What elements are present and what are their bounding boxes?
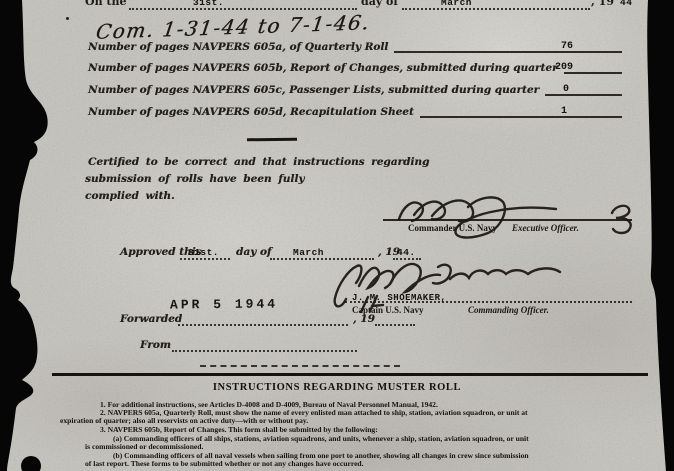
shoemaker-name-label: J. M. SHOEMAKER, <box>352 293 446 303</box>
approved-day-value: 31st. <box>188 247 219 258</box>
page-count-value: 209 <box>555 62 573 73</box>
page-count-label: Number of pages NAVPERS 605d, Recapitula… <box>88 106 420 118</box>
leader-line <box>420 102 622 118</box>
date-stamp: APR 5 1944 <box>170 297 278 313</box>
from-label: From <box>140 339 171 351</box>
leader-line <box>129 8 357 10</box>
page-count-label: Number of pages NAVPERS 605c, Passenger … <box>88 84 545 96</box>
forwarded-year-prefix-label: , 19 <box>353 313 375 325</box>
commander-rank-label: Commander U.S. Navy <box>408 223 497 233</box>
signature-line <box>383 219 632 221</box>
leader-line <box>394 37 622 53</box>
instruction-line: is commissioned or decommissioned. <box>85 442 203 451</box>
day-value: 31st. <box>193 0 224 8</box>
leader-line <box>180 258 230 260</box>
page-count-row: Number of pages NAVPERS 605d, Recapitula… <box>88 104 622 118</box>
year-value: 44 <box>620 0 632 8</box>
dashed-divider <box>200 365 400 367</box>
leader-line <box>545 80 622 96</box>
commanding-officer-title-label: Commanding Officer. <box>468 305 549 315</box>
scanned-muster-roll-document: On the 31st. day of March , 19 44 Com. 1… <box>0 0 674 471</box>
leader-line <box>393 258 421 260</box>
approved-month-value: March <box>293 247 324 258</box>
page-count-value: 1 <box>561 106 567 117</box>
leader-line <box>172 350 357 352</box>
instruction-line: 3. NAVPERS 605b, Report of Changes. This… <box>100 425 378 434</box>
page-count-value: 0 <box>563 84 569 95</box>
forwarded-label: Forwarded <box>120 313 182 325</box>
page-count-row: Number of pages NAVPERS 605c, Passenger … <box>88 82 622 96</box>
approved-line: Approved this 31st. day of March , 19 44… <box>0 244 674 262</box>
leader-line <box>375 324 415 326</box>
leader-line <box>402 8 590 10</box>
leader-line <box>270 258 374 260</box>
day-of-label: day of <box>361 0 398 8</box>
separator-mark <box>247 138 297 142</box>
month-value: March <box>441 0 472 8</box>
page-count-label: Number of pages NAVPERS 605b, Report of … <box>88 62 564 74</box>
year-prefix-label: , 19 <box>591 0 614 8</box>
instruction-line: of last report. These forms to be submit… <box>85 459 364 468</box>
section-divider <box>52 373 648 376</box>
executive-officer-title-label: Executive Officer. <box>512 223 579 233</box>
page-count-row: Number of pages NAVPERS 605a, of Quarter… <box>88 39 622 53</box>
on-the-label: On the <box>85 0 127 8</box>
ink-speck <box>66 17 69 20</box>
page-count-label: Number of pages NAVPERS 605a, of Quarter… <box>88 41 394 53</box>
instruction-line: expiration of quarter; also all reservis… <box>60 416 308 425</box>
certification-line: Certified to be correct and that instruc… <box>85 156 429 185</box>
certification-text: Certified to be correct and that instruc… <box>85 154 485 205</box>
approved-day-of-label: day of <box>236 246 271 258</box>
certification-line: complied with. <box>85 190 175 202</box>
page-count-row: Number of pages NAVPERS 605b, Report of … <box>88 60 622 74</box>
page-count-value: 76 <box>561 41 573 52</box>
leader-line <box>178 324 348 326</box>
instructions-title: INSTRUCTIONS REGARDING MUSTER ROLL <box>0 382 674 393</box>
approved-year-value: 44. <box>397 247 416 258</box>
